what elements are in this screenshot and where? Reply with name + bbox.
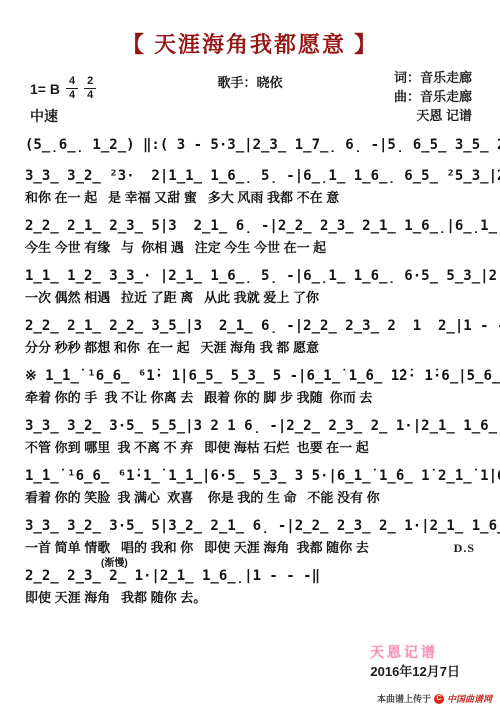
tempo-marking: 中速	[30, 106, 58, 126]
song-sheet: 【 天涯海角我都愿意 】 歌手：晓依 词：音乐走廊 曲：音乐走廊 天恩 记谱 1…	[0, 0, 500, 713]
site-watermark: 本曲谱上传于 C 中国曲谱网	[377, 692, 492, 705]
transcriber-watermark: 天恩记谱	[370, 642, 438, 662]
system-3: 2̲2̲ 2̲1̲ 2̲3̲ 5|3 2̲1̲ 6̣ -|2̲2̲ 2̲3̲ 2…	[25, 214, 477, 257]
lyric-line: 和你 在一 起 是 幸福 又甜 蜜 多大 风雨 我都 不在 意	[25, 188, 477, 207]
song-title: 【 天涯海角我都愿意 】	[0, 28, 500, 59]
lyric-line: 一首 简单 情歌 唱的 我和 你 即使 天涯 海角 我都 随你 去	[25, 538, 477, 557]
notation-line: 2̲2̲ 2̲1̲ 2̲2̲ 3̲5̲|3 2̲1̲ 6̣ -|2̲2̲ 2̲3…	[25, 314, 477, 338]
transcriber-credit: 天恩 记谱	[394, 106, 472, 125]
date-label: 2016年12月7日	[370, 661, 460, 680]
system-2: 3̲3̲ 3̲2̲ ²3· 2|1̲1̲ 1̲6̲̣ 5̣ -|6̲̣1̲ 1̲…	[25, 164, 477, 207]
rit-annotation: (渐慢)	[101, 554, 128, 569]
lyric-line: 今生 今世 有缘 与 你相 遇 注定 今生 今世 在一 起	[25, 238, 477, 257]
time-signature-4-4: 4 4	[66, 76, 78, 101]
system-5: 2̲2̲ 2̲1̲ 2̲2̲ 3̲5̲|3 2̲1̲ 6̣ -|2̲2̲ 2̲3…	[25, 314, 477, 357]
upload-note: 本曲谱上传于	[377, 692, 431, 705]
lyric-line: 看着 你的 笑脸 我 满心 欢喜 你是 我的 生 命 不能 没有 你	[25, 488, 477, 507]
notation-line: (5̲̣6̲̣ 1̲2̲) ‖:( 3 - 5·3̲|2̲3̲ 1̲7̲̣ 6̣…	[25, 133, 477, 157]
key-time-signature: 1= B 4 4 2 4	[30, 76, 96, 101]
lyricist-credit: 词：音乐走廊	[394, 68, 472, 87]
lyric-line: 一次 偶然 相遇 拉近 了距 离 从此 我就 爱上 了你	[25, 288, 477, 307]
key-signature: 1= B	[30, 81, 60, 97]
system-9: 3̲3̲ 3̲2̲ 3·5̲ 5|3̲2̲ 2̲1̲ 6̣ -|2̲2̲ 2̲3…	[25, 514, 477, 557]
system-8: 1̲̇1̲̇ ¹6̲6̲ ⁶1̇·1̲̇ 1̲̇1̲̇|6·5̲ 5̲3̲ 3 …	[25, 464, 477, 507]
time-signature-2-4: 2 4	[84, 76, 96, 101]
notation-line: 1̲1̲ 1̲2̲ 3̲3̲· |2̲1̲ 1̲6̲̣ 5̣ -|6̲̣1̲ 1…	[25, 264, 477, 288]
notation-line: ※ 1̲̇1̲̇ ¹6̲6̲ ⁶1̇· 1̇|6̲5̲ 5̲3̲ 5 -|6̲1…	[25, 364, 477, 388]
lyric-line: 分分 秒秒 都想 和你 在一 起 天涯 海角 我 都 愿意	[25, 338, 477, 357]
composer-credit: 曲：音乐走廊	[394, 87, 472, 106]
ds-mark: D.S	[454, 541, 475, 556]
notation-line: 3̲3̲ 3̲2̲ 3·5̲ 5̲5̲|3 2 1 6̣ -|2̲2̲ 2̲3̲…	[25, 414, 477, 438]
credits-block: 词：音乐走廊 曲：音乐走廊 天恩 记谱	[394, 68, 472, 125]
site-name: 中国曲谱网	[447, 692, 492, 705]
notation-line: 3̲3̲ 3̲2̲ ²3· 2|1̲1̲ 1̲6̲̣ 5̣ -|6̲̣1̲ 1̲…	[25, 164, 477, 188]
system-10: (渐慢)2̲2̲ 2̲3̲ 2̲ 1·|2̲1̲ 1̲6̲̣|1 - - -‖即…	[25, 564, 477, 607]
notation-line: 1̲̇1̲̇ ¹6̲6̲ ⁶1̇·1̲̇ 1̲̇1̲̇|6·5̲ 5̲3̲ 3 …	[25, 464, 477, 488]
notation-line: 3̲3̲ 3̲2̲ 3·5̲ 5|3̲2̲ 2̲1̲ 6̣ -|2̲2̲ 2̲3…	[25, 514, 477, 538]
notation-line: 2̲2̲ 2̲3̲ 2̲ 1·|2̲1̲ 1̲6̲̣|1 - - -‖	[25, 564, 477, 588]
system-1: (5̲̣6̲̣ 1̲2̲) ‖:( 3 - 5·3̲|2̲3̲ 1̲7̲̣ 6̣…	[25, 133, 477, 157]
site-logo-icon: C	[434, 694, 444, 704]
lyric-line: 牵着 你的 手 我 不让 你离 去 跟着 你的 脚 步 我随 你而 去	[25, 388, 477, 407]
system-6: ※ 1̲̇1̲̇ ¹6̲6̲ ⁶1̇· 1̇|6̲5̲ 5̲3̲ 5 -|6̲1…	[25, 364, 477, 407]
lyric-line: 不管 你到 哪里 我 不离 不 弃 即使 海枯 石烂 也要 在一 起	[25, 438, 477, 457]
lyric-line: 即使 天涯 海角 我都 随你 去。	[25, 588, 477, 607]
notation-line: 2̲2̲ 2̲1̲ 2̲3̲ 5|3 2̲1̲ 6̣ -|2̲2̲ 2̲3̲ 2…	[25, 214, 477, 238]
notation-systems: (5̲̣6̲̣ 1̲2̲) ‖:( 3 - 5·3̲|2̲3̲ 1̲7̲̣ 6̣…	[25, 133, 477, 614]
system-7: 3̲3̲ 3̲2̲ 3·5̲ 5̲5̲|3 2 1 6̣ -|2̲2̲ 2̲3̲…	[25, 414, 477, 457]
system-4: 1̲1̲ 1̲2̲ 3̲3̲· |2̲1̲ 1̲6̲̣ 5̣ -|6̲̣1̲ 1…	[25, 264, 477, 307]
